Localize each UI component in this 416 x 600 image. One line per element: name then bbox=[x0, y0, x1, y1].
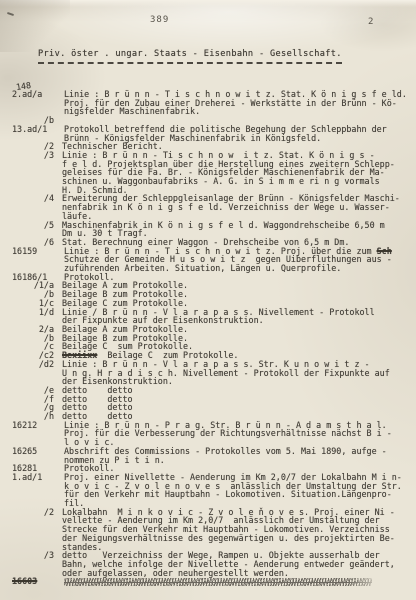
entry-row: 16265 Abschrift des Commissions - Protok… bbox=[10, 447, 412, 464]
paper-top-edge bbox=[0, 0, 416, 7]
entry-text: Protokoll betreffend die politische Bege… bbox=[56, 125, 412, 142]
entry-row: 16603 bbox=[10, 577, 412, 586]
entry-text: detto Verzeichniss der Wege, Rampen u. O… bbox=[54, 551, 412, 577]
entry-ref: 16159 bbox=[10, 247, 56, 256]
entry-row: 1/d Linie / B r ü n n - V l a r a p a s … bbox=[10, 308, 412, 325]
entry-ref-number: /5 bbox=[44, 220, 54, 230]
title-block: Priv. öster . ungar. Staats - Eisenbahn … bbox=[38, 41, 342, 64]
entry-ref: 1/d bbox=[10, 308, 54, 317]
entry-ref-number: /6 bbox=[44, 237, 54, 247]
entry-text: Proj. einer Nivellette - Aenderung im Km… bbox=[56, 473, 412, 508]
entry-text: Linie : B r ü n n - Ti s c h n o w i t z… bbox=[54, 151, 412, 195]
entry-ref: 16212 bbox=[10, 421, 56, 430]
page-number-center: 389 bbox=[150, 15, 169, 25]
entry-ref: 1.ad/1 bbox=[10, 473, 56, 482]
entry-ref: /5 bbox=[10, 221, 54, 230]
entry-text-segment: Maschinenfabrik in K ö n i g s f e l d. … bbox=[62, 220, 385, 239]
entry-text-segment: Abschrift des Commissions - Protokolles … bbox=[64, 446, 387, 465]
entry-ref: 16265 bbox=[10, 447, 56, 456]
entry-ref-number: 1.ad/1 bbox=[12, 472, 42, 482]
entry-text: Linie : B r ü n n - T i s c h n o w i t … bbox=[56, 90, 412, 116]
entry-row: 16212 Linie : B r ü n n - P r a g. Str. … bbox=[10, 421, 412, 447]
entry-ref-number: /2 bbox=[44, 507, 54, 517]
entry-text-segment: Proj. einer Nivellette - Aenderung im Km… bbox=[64, 472, 402, 508]
entry-row: 1482.ad/a Linie : B r ü n n - T i s c h … bbox=[10, 90, 412, 116]
entry-ref: /3 bbox=[10, 551, 54, 560]
entry-text-segment: Lokalbahn M i n k o v i c - Z v o l e ň … bbox=[62, 507, 395, 552]
entry-text-segment: Linie : B r ü n n - Ti s c h n o w i t z… bbox=[62, 150, 395, 195]
entry-ref-number: 16603 bbox=[12, 576, 37, 586]
entry-text-segment: Linie : B r ü n n - T i s c h n o w i t … bbox=[64, 89, 407, 116]
entry-ref: 16603 bbox=[10, 577, 56, 586]
ink-speck bbox=[7, 12, 14, 16]
entry-ref: /3 bbox=[10, 151, 54, 160]
entry-ref: /d2 bbox=[10, 360, 54, 369]
entry-list: 1482.ad/a Linie : B r ü n n - T i s c h … bbox=[10, 82, 412, 586]
page-number-right: 2 bbox=[368, 17, 374, 27]
entry-ref-number: 16265 bbox=[12, 446, 37, 456]
entry-ref-number: /h bbox=[44, 411, 54, 421]
entry-row: /d2 Linie : B r ü n n - V l a r a p a s … bbox=[10, 360, 412, 386]
entry-row: 16159 Linie : B r ü n n - T i s c h n o … bbox=[10, 247, 412, 273]
entry-text-segment: Protokoll betreffend die politische Bege… bbox=[64, 124, 387, 143]
entry-text: Maschinenfabrik in K ö n i g s f e l d. … bbox=[54, 221, 412, 238]
entry-ref-number: /4 bbox=[44, 193, 54, 203]
entry-ref-number: 1/d bbox=[39, 307, 54, 317]
entry-ref-number: /d2 bbox=[39, 359, 54, 369]
entry-text-segment: Linie : B r ü n n - V l a r a p a s s. S… bbox=[62, 359, 390, 386]
entry-ref: 13.ad/1 bbox=[10, 125, 56, 134]
entry-row: 13.ad/1 Protokoll betreffend die politis… bbox=[10, 125, 412, 142]
document-title: Priv. öster . ungar. Staats - Eisenbahn … bbox=[38, 49, 342, 64]
entry-row: /5 Maschinenfabrik in K ö n i g s f e l … bbox=[10, 221, 412, 238]
entry-text: Abschrift des Commissions - Protokolles … bbox=[56, 447, 412, 464]
entry-text: Linie / B r ü n n - V l a r a p a s s. N… bbox=[54, 308, 412, 325]
entry-text-segment: Erweiterung der Schleppgleisanlage der B… bbox=[62, 193, 400, 220]
entry-ref-number: /3 bbox=[44, 150, 54, 160]
entry-text-segment: Linie : B r ü n n - P r a g. Str. B r ü … bbox=[64, 420, 392, 447]
entry-text: Linie : B r ü n n - T i s c h n o w i t … bbox=[56, 247, 412, 273]
entry-text-segment: detto Verzeichniss der Wege, Rampen u. O… bbox=[62, 550, 395, 577]
entry-ref-number: /3 bbox=[44, 550, 54, 560]
entry-row: /4 Erweiterung der Schleppgleisanlage de… bbox=[10, 194, 412, 220]
entry-ref: /4 bbox=[10, 194, 54, 203]
entry-ref-number: 16159 bbox=[12, 246, 37, 256]
entry-ref-annotation: 148 bbox=[15, 80, 31, 91]
scribbled-out-text bbox=[64, 578, 372, 586]
entry-text: Linie : B r ü n n - P r a g. Str. B r ü … bbox=[56, 421, 412, 447]
entry-text: Linie : B r ü n n - V l a r a p a s s. S… bbox=[54, 360, 412, 386]
document-page: 389 2 Priv. öster . ungar. Staats - Eise… bbox=[0, 0, 416, 600]
entry-row: /2 Lokalbahn M i n k o v i c - Z v o l e… bbox=[10, 508, 412, 552]
entry-text: Lokalbahn M i n k o v i c - Z v o l e ň … bbox=[54, 508, 412, 552]
entry-text: Erweiterung der Schleppgleisanlage der B… bbox=[54, 194, 412, 220]
entry-text bbox=[56, 577, 412, 586]
entry-ref: 1482.ad/a bbox=[10, 90, 56, 99]
entry-row: /3 Linie : B r ü n n - Ti s c h n o w i … bbox=[10, 151, 412, 195]
entry-ref-number: 13.ad/1 bbox=[12, 124, 47, 134]
entry-row: 1.ad/1 Proj. einer Nivellette - Aenderun… bbox=[10, 473, 412, 508]
entry-text-segment: Schutze der Gemeinde H u s o w i t z geg… bbox=[64, 254, 392, 273]
entry-row: /3 detto Verzeichniss der Wege, Rampen u… bbox=[10, 551, 412, 577]
entry-ref-number: 16212 bbox=[12, 420, 37, 430]
entry-ref: /2 bbox=[10, 508, 54, 517]
entry-text-segment: Linie / B r ü n n - V l a r a p a s s. N… bbox=[62, 307, 375, 326]
